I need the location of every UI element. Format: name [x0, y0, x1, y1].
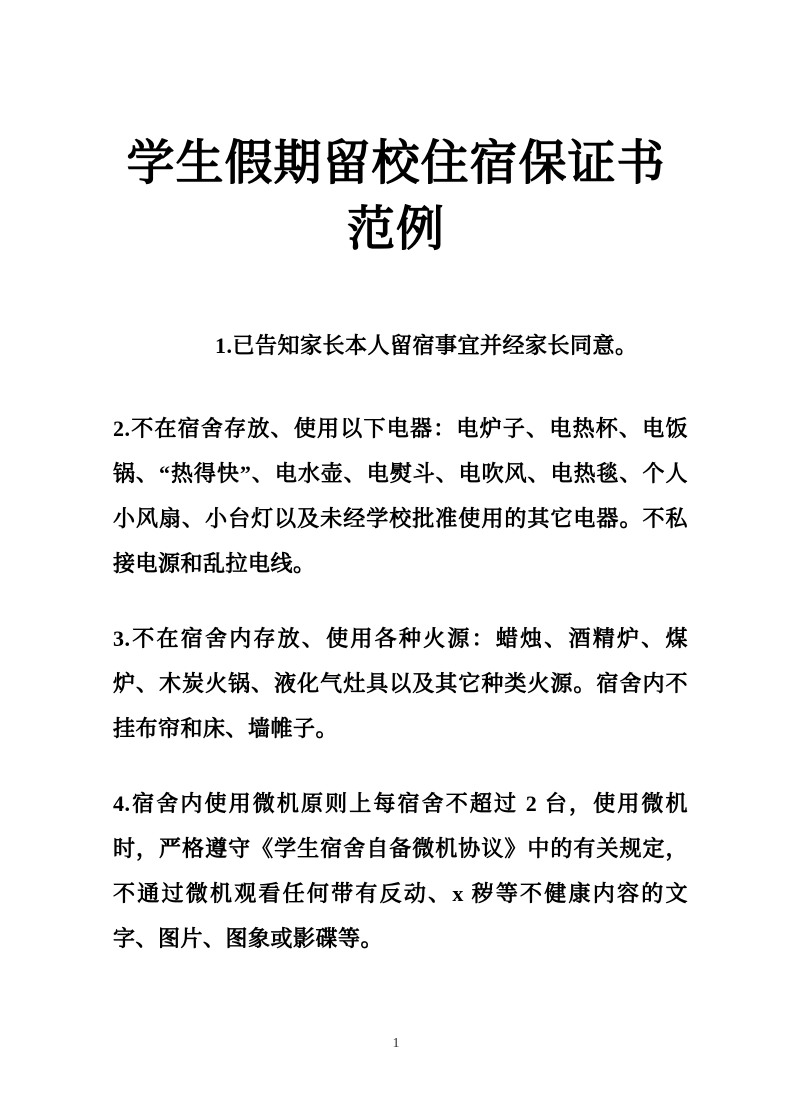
- paragraph-4: 4.宿舍内使用微机原则上每宿舍不超过 2 台，使用微机时，严格遵守《学生宿舍自备…: [113, 781, 688, 961]
- paragraph-1: 1.已告知家长本人留宿事宜并经家长同意。: [113, 323, 688, 368]
- document-page: 学生假期留校住宿保证书 范例 1.已告知家长本人留宿事宜并经家长同意。 2.不在…: [0, 0, 792, 1120]
- page-number: 1: [0, 1034, 792, 1054]
- document-title: 学生假期留校住宿保证书 范例: [0, 131, 792, 263]
- document-body: 1.已告知家长本人留宿事宜并经家长同意。 2.不在宿舍存放、使用以下电器：电炉子…: [113, 323, 688, 961]
- title-line-1: 学生假期留校住宿保证书: [0, 131, 792, 197]
- title-line-2: 范例: [0, 197, 792, 263]
- paragraph-3: 3.不在宿舍内存放、使用各种火源：蜡烛、酒精炉、煤炉、木炭火锅、液化气灶具以及其…: [113, 616, 688, 751]
- paragraph-2: 2.不在宿舍存放、使用以下电器：电炉子、电热杯、电饭锅、“热得快”、电水壶、电熨…: [113, 406, 688, 586]
